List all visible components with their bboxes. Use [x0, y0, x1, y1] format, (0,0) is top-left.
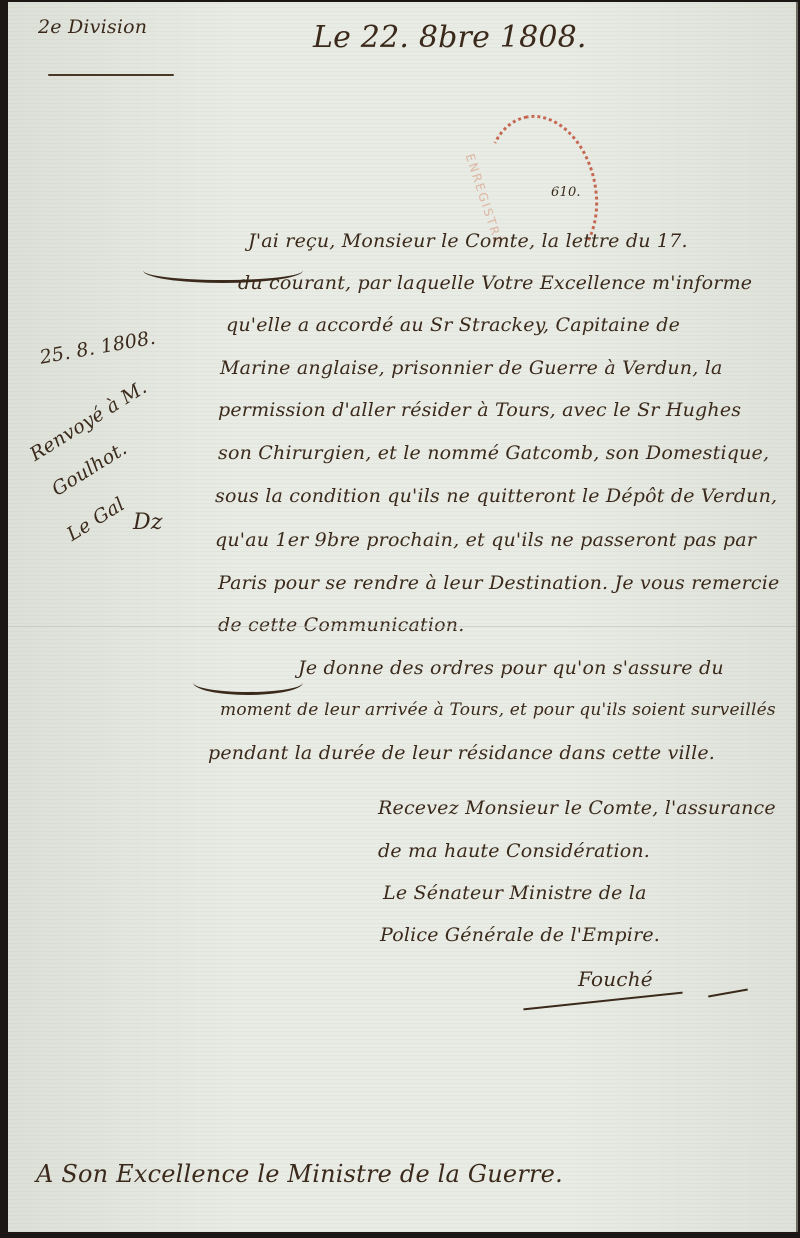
closing-line: Le Sénateur Ministre de la: [383, 882, 647, 904]
registration-stamp-icon: [471, 104, 612, 280]
body-line: qu'au 1er 9bre prochain, et qu'ils ne pa…: [215, 529, 756, 551]
body-line: du courant, par laquelle Votre Excellenc…: [238, 272, 752, 294]
signature-stroke: [523, 992, 682, 1011]
letter-page: 2e Division Le 22. 8bre 1808. ENREGISTRÉ…: [8, 2, 798, 1232]
body-line: sous la condition qu'ils ne quitteront l…: [215, 485, 777, 507]
paper-fold: [8, 626, 796, 628]
division-underline: [48, 74, 174, 76]
body-line: pendant la durée de leur résidance dans …: [208, 742, 715, 764]
margin-note-line: Le Gal: [63, 493, 129, 545]
closing-line: Recevez Monsieur le Comte, l'assurance: [378, 797, 776, 819]
margin-note-date: 25. 8. 1808.: [38, 327, 157, 369]
signature: Fouché: [578, 967, 653, 991]
closing-line: Police Générale de l'Empire.: [380, 924, 660, 946]
body-line: Marine anglaise, prisonnier de Guerre à …: [220, 357, 723, 379]
folio-number: 610.: [551, 185, 581, 200]
paragraph-flourish: [193, 670, 303, 695]
body-line: Paris pour se rendre à leur Destination.…: [218, 572, 779, 594]
body-line: permission d'aller résider à Tours, avec…: [218, 399, 741, 421]
margin-note-initials: Dz: [133, 510, 163, 535]
closing-line: de ma haute Considération.: [378, 840, 650, 862]
body-line: de cette Communication.: [218, 614, 464, 636]
division-label: 2e Division: [38, 16, 147, 38]
body-line: qu'elle a accordé au Sr Strackey, Capita…: [226, 314, 680, 336]
body-line: Je donne des ordres pour qu'on s'assure …: [298, 657, 724, 679]
margin-note-line: Renvoyé à M.: [26, 376, 151, 465]
body-line: son Chirurgien, et le nommé Gatcomb, son…: [218, 442, 769, 464]
body-line: moment de leur arrivée à Tours, et pour …: [220, 700, 776, 720]
letter-date: Le 22. 8bre 1808.: [313, 20, 587, 55]
body-line: J'ai reçu, Monsieur le Comte, la lettre …: [248, 230, 688, 252]
addressee: A Son Excellence le Ministre de la Guerr…: [36, 1160, 563, 1188]
signature-tail: [708, 989, 748, 998]
